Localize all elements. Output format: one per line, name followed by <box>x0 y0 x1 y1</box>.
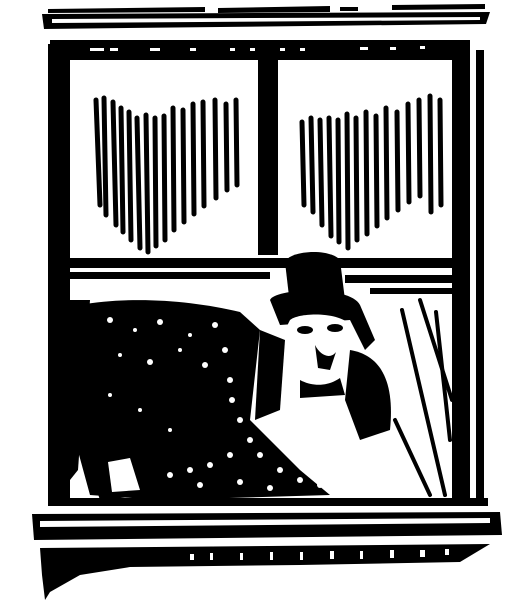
right-curtain-strokes <box>395 300 452 495</box>
cornice <box>42 4 490 29</box>
ledge-base <box>40 544 490 600</box>
window-sill <box>32 498 502 540</box>
transom-bar <box>70 258 465 294</box>
window-mullion <box>258 55 278 255</box>
upper-left-pane-curtain <box>96 98 237 252</box>
upper-right-pane-curtain <box>302 96 441 248</box>
woodcut-illustration <box>0 0 531 603</box>
